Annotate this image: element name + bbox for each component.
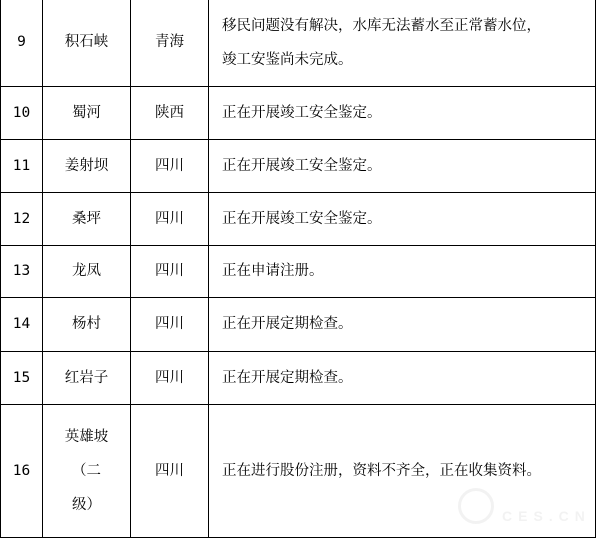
dam-name-text: （二 [43,454,130,488]
row-number: 15 [1,352,43,405]
table-row: 13 龙凤 四川 正在申请注册。 [1,246,596,298]
dam-name: 龙凤 [43,246,131,298]
table-row: 11 姜射坝 四川 正在开展竣工安全鉴定。 [1,140,596,193]
province: 四川 [131,352,209,405]
dam-status-table: 9 积石峡 青海 移民问题没有解决，水库无法蓄水至正常蓄水位， 竣工安鉴尚未完成… [0,0,596,538]
dam-name: 桑坪 [43,193,131,246]
status-text: 正在开展定期检查。 [209,298,596,352]
status-text: 正在申请注册。 [209,246,596,298]
province: 四川 [131,298,209,352]
province: 陕西 [131,87,209,140]
table-row: 15 红岩子 四川 正在开展定期检查。 [1,352,596,405]
status-text: 正在开展竣工安全鉴定。 [209,87,596,140]
status-text: 正在进行股份注册，资料不齐全，正在收集资料。 [209,405,596,538]
row-number: 9 [1,0,43,87]
status-text: 正在开展竣工安全鉴定。 [209,140,596,193]
dam-name: 英雄坡 （二 级） [43,405,131,538]
row-number: 13 [1,246,43,298]
dam-name: 红岩子 [43,352,131,405]
status-cell: 移民问题没有解决，水库无法蓄水至正常蓄水位， 竣工安鉴尚未完成。 [209,0,596,87]
dam-name: 积石峡 [43,0,131,87]
dam-name-text: 级） [43,488,130,522]
dam-name-text: 英雄坡 [43,420,130,454]
status-text: 正在开展定期检查。 [209,352,596,405]
table-row: 16 英雄坡 （二 级） 四川 正在进行股份注册，资料不齐全，正在收集资料。 [1,405,596,538]
table-row: 9 积石峡 青海 移民问题没有解决，水库无法蓄水至正常蓄水位， 竣工安鉴尚未完成… [1,0,596,87]
row-number: 16 [1,405,43,538]
status-text: 竣工安鉴尚未完成。 [222,43,595,77]
table-row: 14 杨村 四川 正在开展定期检查。 [1,298,596,352]
table-row: 12 桑坪 四川 正在开展竣工安全鉴定。 [1,193,596,246]
dam-name: 杨村 [43,298,131,352]
row-number: 14 [1,298,43,352]
province: 青海 [131,0,209,87]
row-number: 12 [1,193,43,246]
table-row: 10 蜀河 陕西 正在开展竣工安全鉴定。 [1,87,596,140]
dam-name-text: 积石峡 [65,34,109,50]
province: 四川 [131,246,209,298]
status-text: 正在开展竣工安全鉴定。 [209,193,596,246]
dam-name: 蜀河 [43,87,131,140]
status-text: 移民问题没有解决，水库无法蓄水至正常蓄水位， [222,9,595,43]
province: 四川 [131,193,209,246]
row-number: 10 [1,87,43,140]
province: 四川 [131,140,209,193]
province: 四川 [131,405,209,538]
row-number: 11 [1,140,43,193]
dam-name: 姜射坝 [43,140,131,193]
